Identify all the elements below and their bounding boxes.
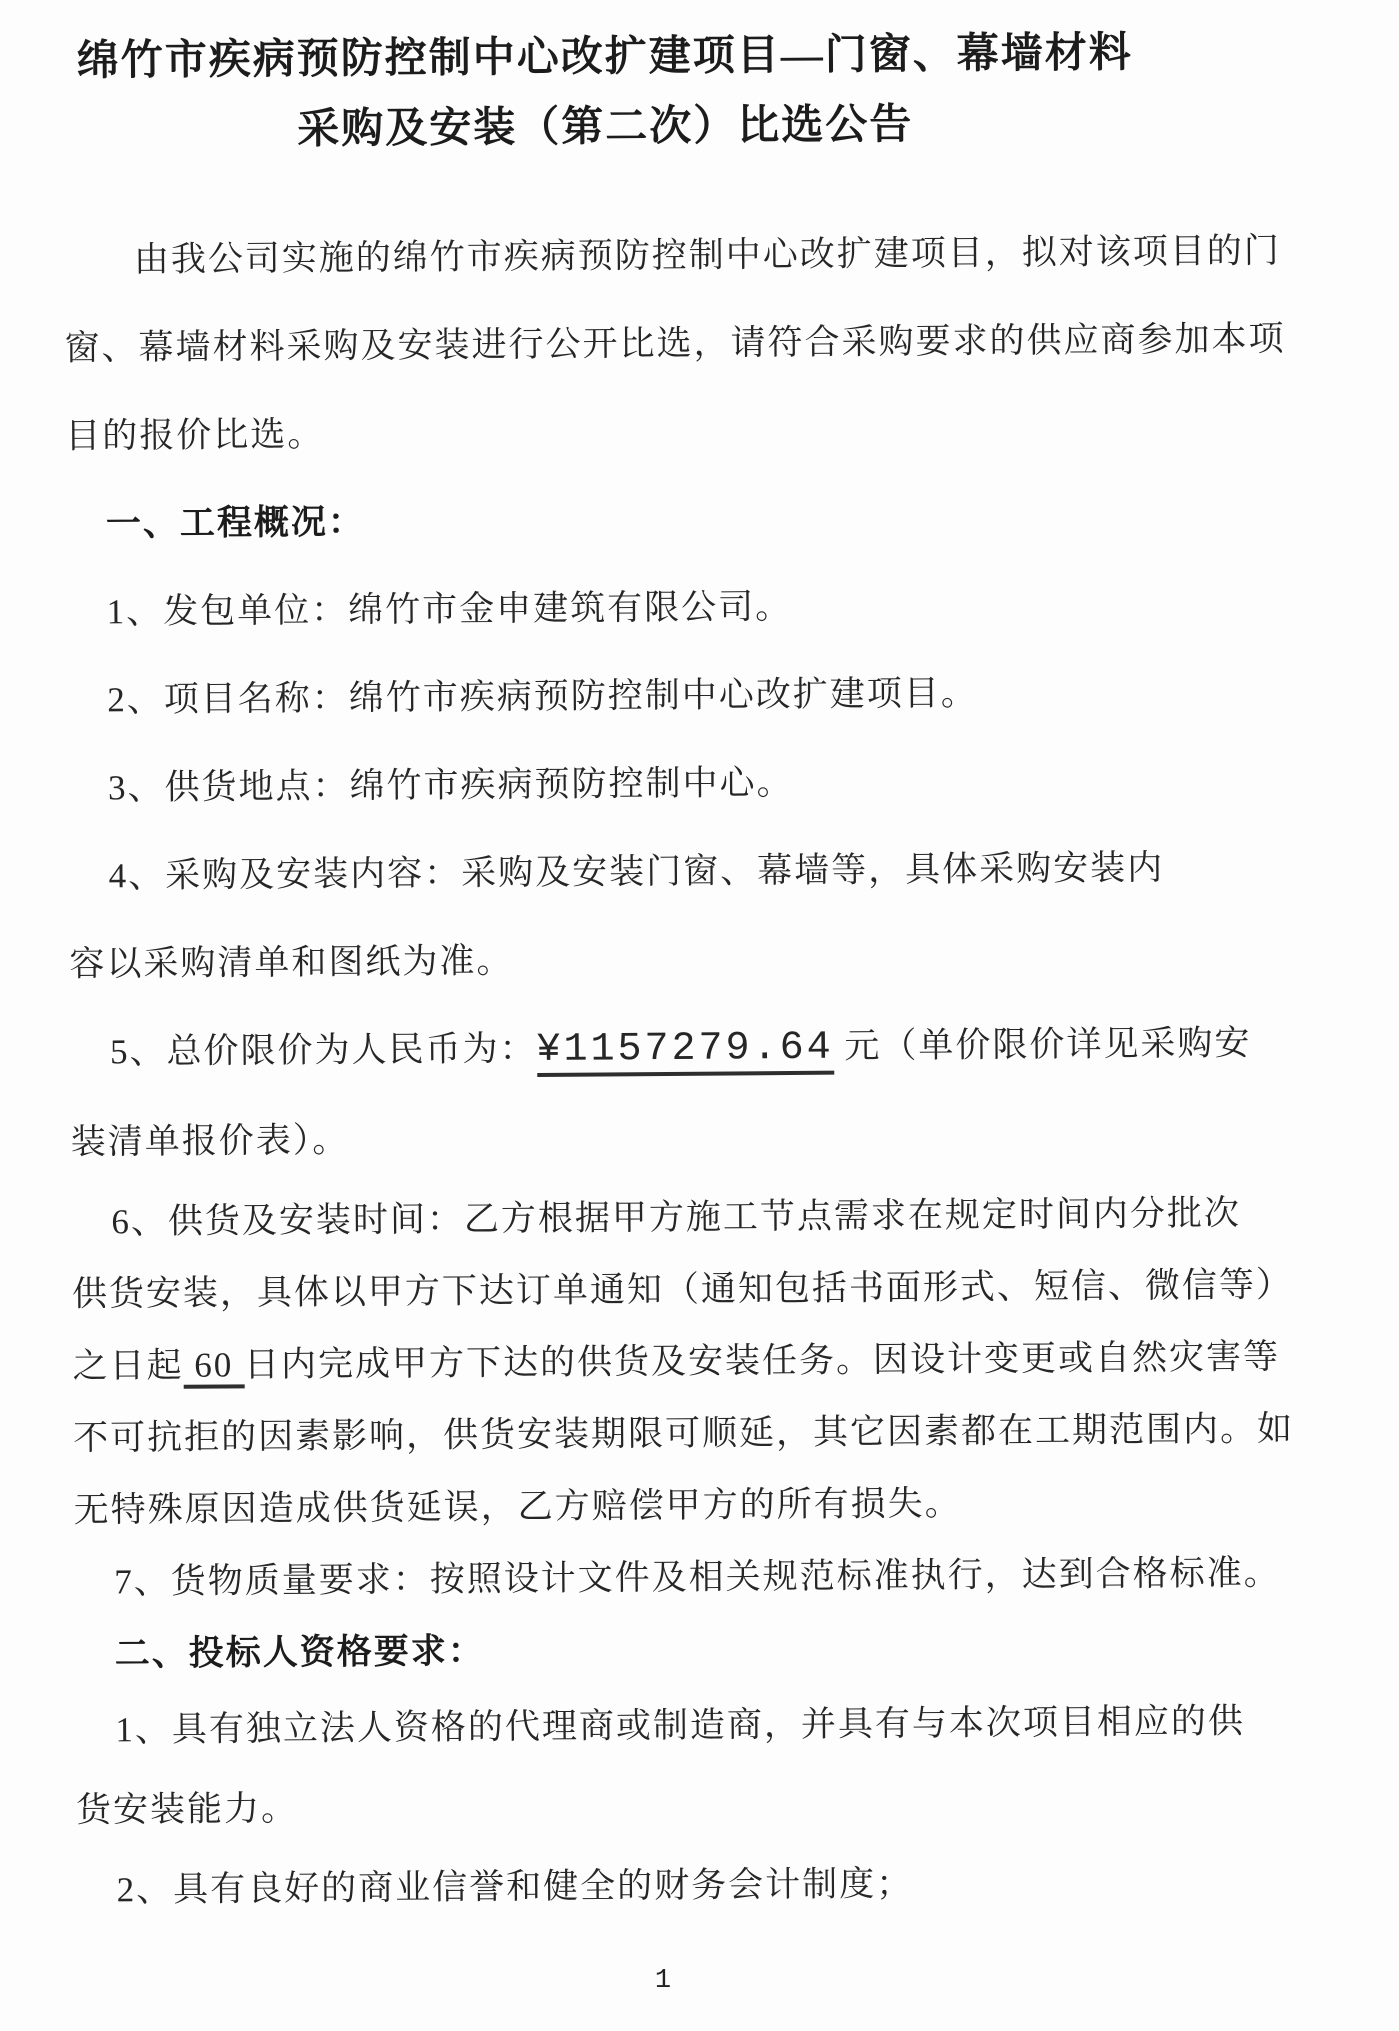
document-title: 绵竹市疾病预防控制中心改扩建项目—门窗、幕墙材料 采购及安装（第二次）比选公告	[62, 18, 1148, 167]
section2-item-1: 1、具有独立法人资格的代理商或制造商，并具有与本次项目相应的供 货安装能力。	[75, 1680, 1396, 1850]
document-content: 绵竹市疾病预防控制中心改扩建项目—门窗、幕墙材料 采购及安装（第二次）比选公告 …	[62, 16, 1397, 1930]
section1-item-5: 5、总价限价为人民币为：¥1157279.64 元（单价限价详见采购安 装清单报…	[70, 998, 1391, 1186]
section2-heading: 二、投标人资格要求：	[75, 1608, 1396, 1690]
section2-item-2: 2、具有良好的商业信誉和健全的财务会计制度；	[76, 1840, 1397, 1930]
section1-item-2: 2、项目名称：绵竹市疾病预防控制中心改扩建项目。	[67, 646, 1388, 744]
item6-days-underlined: 60	[183, 1345, 244, 1388]
section1-heading: 一、工程概况：	[66, 470, 1387, 568]
section1-item-7: 7、货物质量要求：按照设计文件及相关规范标准执行，达到合格标准。	[74, 1536, 1395, 1618]
document-page: 绵竹市疾病预防控制中心改扩建项目—门窗、幕墙材料 采购及安装（第二次）比选公告 …	[0, 0, 1399, 2031]
item6-text-post: 日内完成甲方下达的供货及安装任务。因设计变更或自然灾害等 不可抗拒的因素影响，供…	[73, 1337, 1294, 1529]
section1-item-4: 4、采购及安装内容：采购及安装门窗、幕墙等，具体采购安装内 容以采购清单和图纸为…	[68, 822, 1389, 1008]
section1-item-3: 3、供货地点：绵竹市疾病预防控制中心。	[68, 734, 1389, 832]
intro-paragraph: 由我公司实施的绵竹市疾病预防控制中心改扩建项目，拟对该项目的门 窗、幕墙材料采购…	[64, 206, 1386, 480]
item5-price-underlined: ¥1157279.64	[536, 1026, 833, 1077]
item5-text-pre: 5、总价限价为人民币为：	[110, 1029, 537, 1071]
title-line-2: 采购及安装（第二次）比选公告	[63, 88, 1149, 167]
page-number: 1	[0, 1966, 1326, 1996]
title-line-1: 绵竹市疾病预防控制中心改扩建项目—门窗、幕墙材料	[62, 18, 1148, 97]
section1-item-6: 6、供货及安装时间：乙方根据甲方施工节点需求在规定时间内分批次 供货安装，具体以…	[71, 1176, 1394, 1546]
section1-item-1: 1、发包单位：绵竹市金申建筑有限公司。	[66, 558, 1387, 656]
